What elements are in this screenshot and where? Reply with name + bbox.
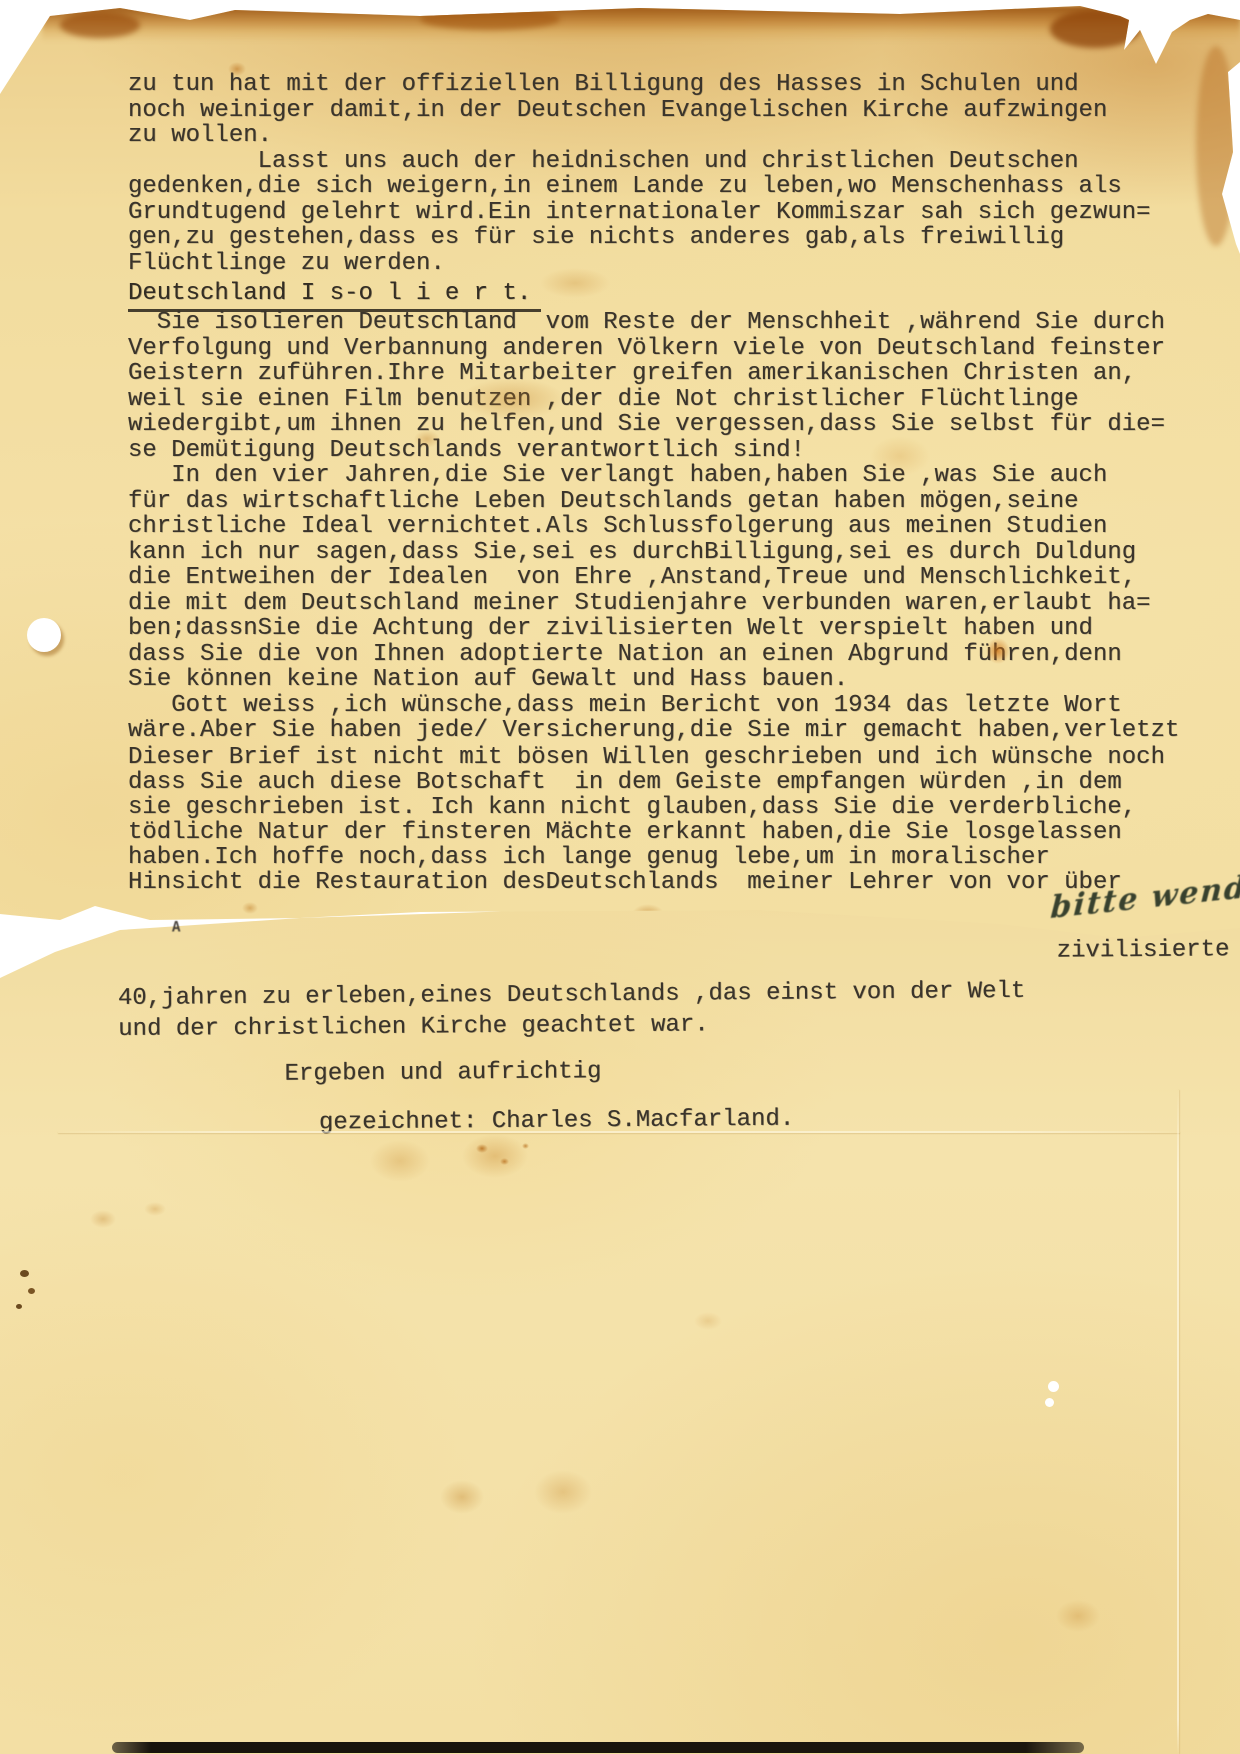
page-2: zivilisierte 40,jahren zu erleben,eines … <box>0 820 1240 1754</box>
fold-crease <box>58 1131 1180 1133</box>
page-2-body-paragraph: 40,jahren zu erleben,eines Deutschlands … <box>118 976 1026 1045</box>
burned-edge-blob <box>60 12 140 38</box>
carryover-word: zivilisierte <box>1057 937 1230 964</box>
closing-line: Ergeben und aufrichtig <box>284 1059 601 1087</box>
punch-hole <box>27 618 61 652</box>
ink-mark: A <box>172 919 180 937</box>
typed-paragraph-2: Sie isolieren Deutschland vom Reste der … <box>128 310 1179 744</box>
typed-paragraph-3: Dieser Brief ist nicht mit bösen Willen … <box>128 745 1165 895</box>
edge-speck <box>28 1288 35 1294</box>
edge-speck <box>16 1304 22 1309</box>
page-1: zu tun hat mit der offiziellen Billigung… <box>0 6 1240 956</box>
punch-hole <box>1045 1398 1054 1407</box>
scan-edge-strip <box>112 1742 1084 1753</box>
edge-speck <box>20 1270 29 1277</box>
fold-crease <box>1177 1090 1179 1754</box>
punch-hole <box>1048 1381 1059 1392</box>
burned-edge-blob <box>1196 46 1236 246</box>
typed-paragraph-1: zu tun hat mit der offiziellen Billigung… <box>128 72 1151 276</box>
page-2-content: zivilisierte 40,jahren zu erleben,eines … <box>0 811 1240 1754</box>
section-heading: Deutschland I s-o l i e r t. <box>128 280 541 312</box>
burned-edge-blob <box>420 8 560 30</box>
burned-edge-blob <box>1050 10 1140 48</box>
stain <box>242 902 258 914</box>
